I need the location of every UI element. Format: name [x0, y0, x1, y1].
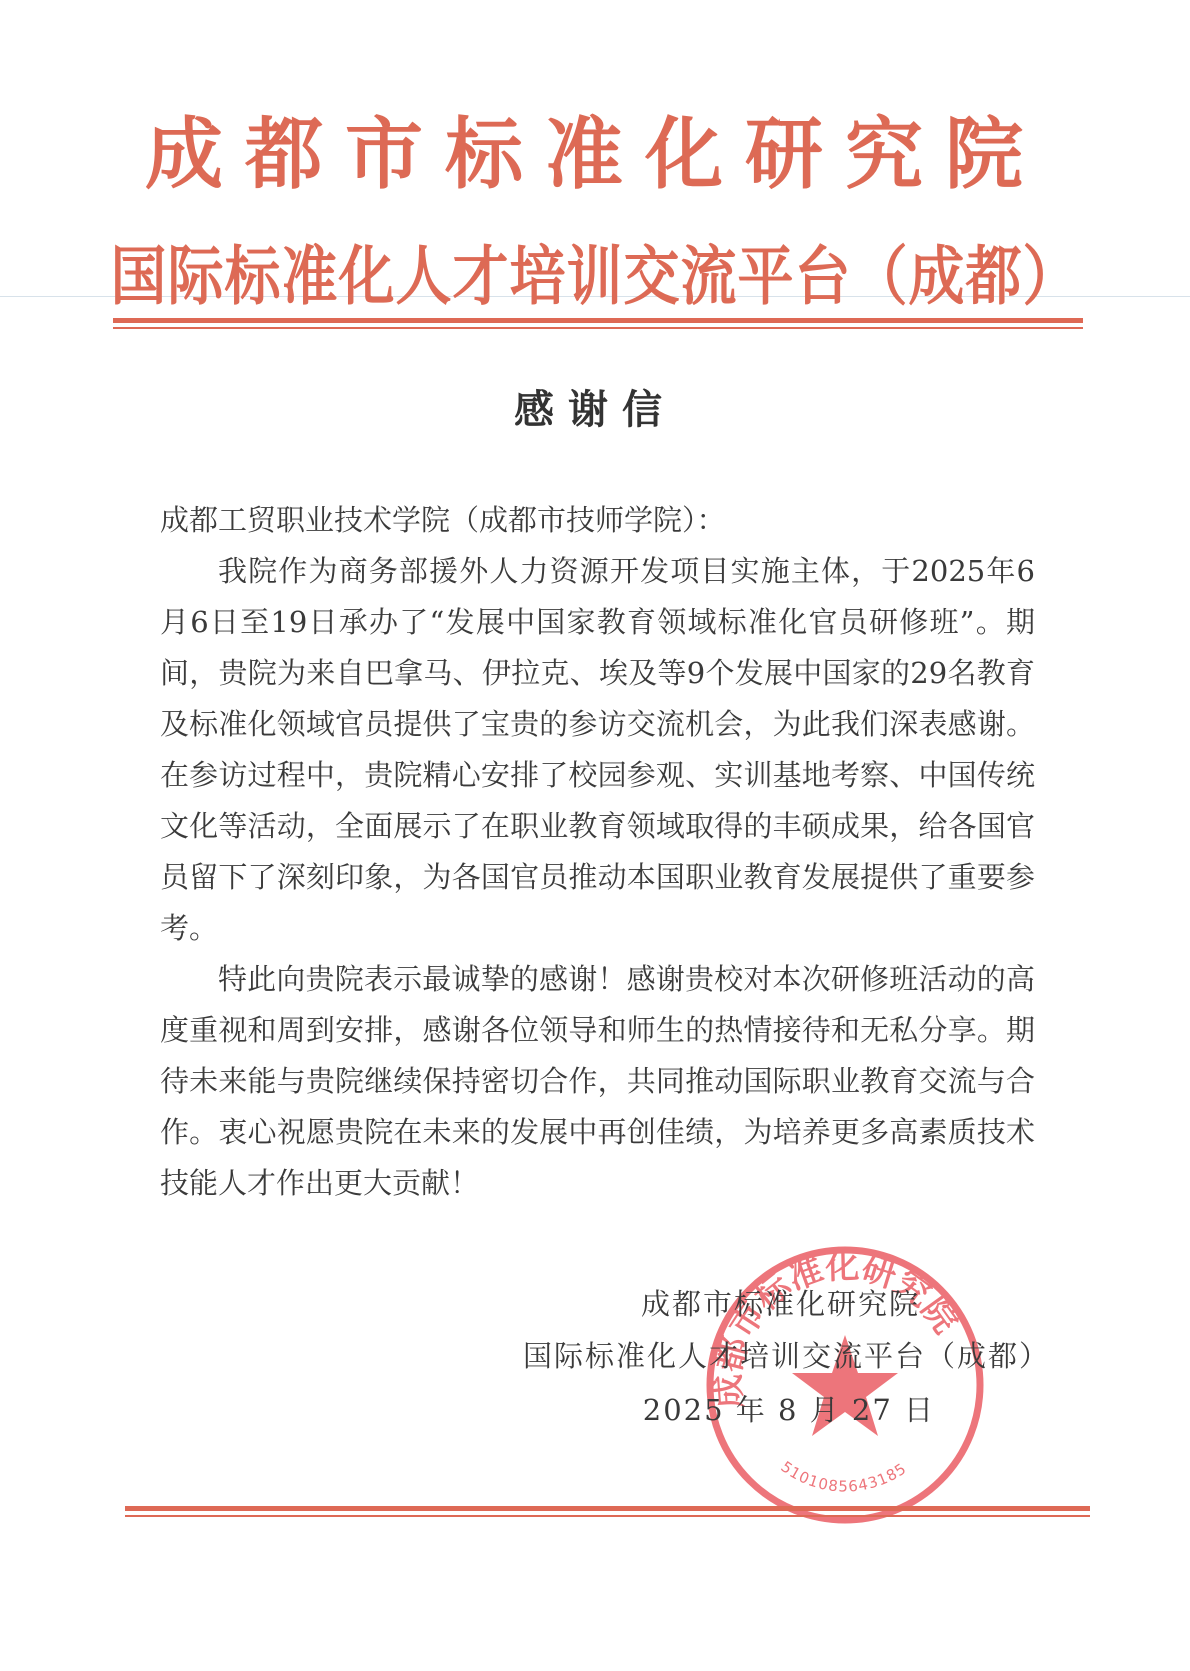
svg-text:5101085643185: 5101085643185	[778, 1458, 910, 1496]
letter-title: 感谢信	[0, 378, 1190, 435]
body-paragraph-1: 我院作为商务部援外人力资源开发项目实施主体，于2025年6月6日至19日承办了“…	[160, 546, 1035, 954]
footer-divider-thin	[125, 1515, 1090, 1517]
header-divider-thin	[113, 327, 1083, 329]
salutation: 成都工贸职业技术学院（成都市技师学院）：	[160, 495, 1035, 546]
body-paragraph-2: 特此向贵院表示最诚挚的感谢！感谢贵校对本次研修班活动的高度重视和周到安排，感谢各…	[160, 954, 1035, 1209]
footer-divider-thick	[125, 1506, 1090, 1511]
letter-body: 成都工贸职业技术学院（成都市技师学院）： 我院作为商务部援外人力资源开发项目实施…	[160, 495, 1035, 1209]
signature-date: 2025 年 8 月 27 日	[643, 1388, 935, 1429]
signature-organization: 成都市标准化研究院	[641, 1282, 920, 1323]
letterhead-platform: 国际标准化人才培训交流平台（成都）	[0, 226, 1190, 318]
signature-platform: 国际标准化人才培训交流平台（成都）	[523, 1334, 1050, 1375]
header-divider-thick	[113, 318, 1083, 323]
letterhead-organization: 成都市标准化研究院	[0, 92, 1190, 204]
